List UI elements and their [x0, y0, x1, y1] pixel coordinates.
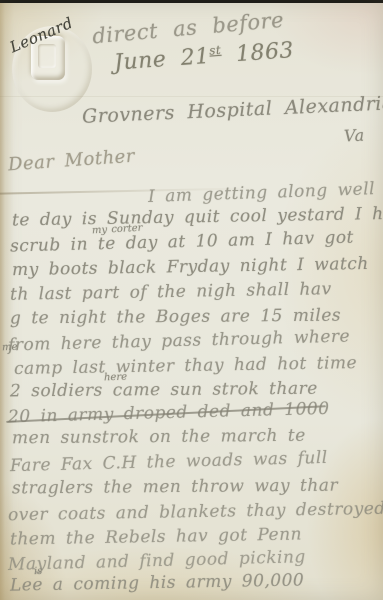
body-line: men sunstrok on the march te: [12, 426, 306, 449]
address-line-2: Va: [344, 125, 366, 145]
body-line: te day is Sunday quit cool yestard I hel…: [12, 204, 383, 231]
body-line: my boots black Fryday night I watch: [12, 254, 369, 280]
interlinear-insertion: is: [34, 566, 43, 577]
body-line: from here thay pass through where: [8, 327, 351, 356]
body-line: th last part of the nigh shall hav: [10, 279, 332, 305]
body-line: them the Rebels hav got Penn: [10, 524, 302, 549]
salutation: Dear Mother: [7, 146, 135, 176]
interlinear-insertion: me: [2, 342, 18, 354]
body-line: camp last winter thay had hot time: [14, 353, 357, 379]
body-line: straglers the men throw way thar: [12, 476, 338, 499]
body-line: g te night the Boges are 15 miles: [10, 306, 341, 329]
letter-photo: Leonard direct as before June 21st 1863 …: [0, 0, 383, 600]
body-line: 20 in army droped ded and 1000: [8, 399, 330, 427]
date-ordinal: st: [209, 43, 222, 58]
address-line-1: Grovners Hospital Alexandria: [82, 92, 383, 128]
date-year: 1863: [235, 38, 295, 67]
body-line: scrub in te day at 10 am I hav got: [10, 228, 354, 257]
body-line: Lee a coming his army 90,000: [10, 570, 305, 595]
body-line: 2 soldiers came sun strok thare: [10, 379, 318, 402]
interlinear-insertion: here: [104, 372, 127, 384]
body-line: I am getting along well: [148, 179, 376, 207]
body-line: Fare Fax C.H the woads was full: [10, 448, 328, 476]
date-month-day: June 21: [113, 44, 210, 76]
embossed-seal-center: [38, 44, 56, 68]
body-line: over coats and blankets thay destroyed: [8, 499, 383, 526]
scan-edge-bar: [0, 0, 383, 3]
